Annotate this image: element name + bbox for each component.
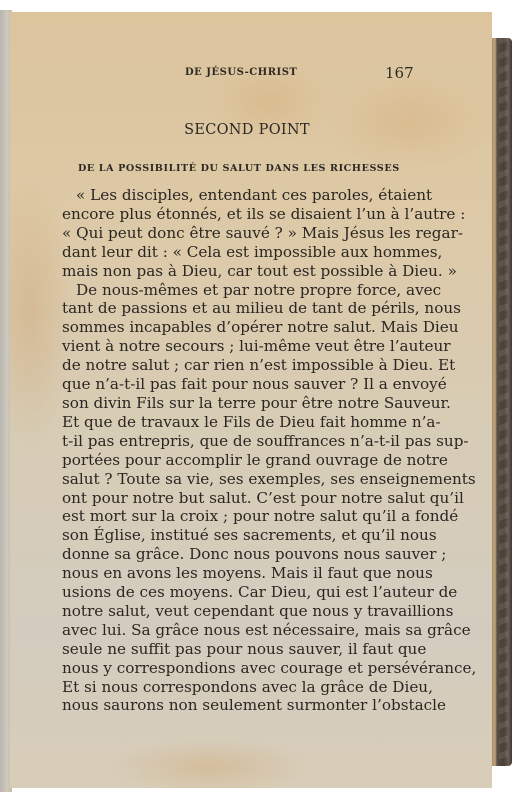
text-line: Et si nous correspondons avec la grâce d… [62, 678, 424, 697]
text-line: De nous-mêmes et par notre propre force,… [62, 281, 424, 300]
text-line: Et que de travaux le Fils de Dieu fait h… [62, 413, 424, 432]
text-line: nous en avons les moyens. Mais il faut q… [62, 564, 424, 583]
text-line: « Qui peut donc être sauvé ? » Mais Jésu… [62, 224, 424, 243]
text-line: son divin Fils sur la terre pour être no… [62, 394, 424, 413]
text-line: que n’a-t-il pas fait pour nous sauver ?… [62, 375, 424, 394]
text-line: son Église, institué ses sacrements, et … [62, 526, 424, 545]
text-line: nous saurons non seulement surmonter l’o… [62, 696, 424, 715]
text-line: salut ? Toute sa vie, ses exemples, ses … [62, 470, 424, 489]
text-line: vient à notre secours ; lui-même veut êt… [62, 337, 424, 356]
text-line: avec lui. Sa grâce nous est nécessaire, … [62, 621, 424, 640]
text-line: « Les disciples, entendant ces paroles, … [62, 186, 424, 205]
running-title: DE JÉSUS-CHRIST [185, 67, 297, 78]
text-line: est mort sur la croix ; pour notre salut… [62, 507, 424, 526]
text-line: de notre salut ; car rien n’est impossib… [62, 356, 424, 375]
book-binding-edge [492, 38, 512, 766]
text-line: usions de ces moyens. Car Dieu, qui est … [62, 583, 424, 602]
text-line: encore plus étonnés, et ils se disaient … [62, 205, 424, 224]
text-line: nous y correspondions avec courage et pe… [62, 659, 424, 678]
text-line: ont pour notre but salut. C’est pour not… [62, 489, 424, 508]
page-number: 167 [385, 64, 414, 82]
text-line: tant de passions et au milieu de tant de… [62, 299, 424, 318]
text-line: dant leur dit : « Cela est impossible au… [62, 243, 424, 262]
body-text: « Les disciples, entendant ces paroles, … [62, 186, 424, 715]
section-title: SECOND POINT [10, 122, 492, 138]
text-line: sommes incapables d’opérer notre salut. … [62, 318, 424, 337]
text-line: notre salut, veut cependant que nous y t… [62, 602, 424, 621]
text-line: mais non pas à Dieu, car tout est possib… [62, 262, 424, 281]
book-page: DE JÉSUS-CHRIST 167 SECOND POINT DE LA P… [10, 12, 492, 788]
text-line: t-il pas entrepris, que de souffrances n… [62, 432, 424, 451]
text-line: seule ne suffit pas pour nous sauver, il… [62, 640, 424, 659]
text-line: donne sa grâce. Donc nous pouvons nous s… [62, 545, 424, 564]
running-head: DE JÉSUS-CHRIST 167 [10, 64, 492, 84]
section-subtitle: DE LA POSSIBILITÉ DU SALUT DANS LES RICH… [78, 163, 400, 174]
text-line: portées pour accomplir le grand ouvrage … [62, 451, 424, 470]
